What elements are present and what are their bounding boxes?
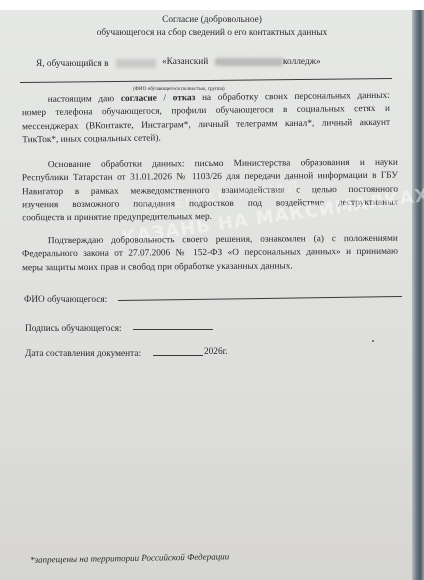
confirm-line3: меры защиты моих прав и свобод при обраб… xyxy=(22,259,398,275)
ink-dot xyxy=(372,340,374,342)
college-name-open: «Казанский xyxy=(162,56,208,68)
date-label: Дата составления документа: xyxy=(25,348,141,360)
signature-field-line[interactable] xyxy=(133,329,213,330)
paper-edge xyxy=(412,10,424,580)
signature-label: Подпись обучающегося: xyxy=(25,323,122,335)
confirm-line2: Федерального закона от 27.07.2006 № 152-… xyxy=(22,246,398,262)
document-title: Согласие (добровольное) xyxy=(0,14,424,26)
refusal-word: отказ xyxy=(173,93,196,103)
paragraph-consent: настоящим даю согласие / отказ на обрабо… xyxy=(22,90,391,148)
consent-lead: настоящим даю xyxy=(48,94,115,105)
redacted-college xyxy=(215,58,283,66)
consent-separator: / xyxy=(163,93,166,103)
consent-word: согласие xyxy=(121,94,157,104)
paragraph-confirmation: Подтверждаю добровольность своего решени… xyxy=(22,233,398,276)
intro-prefix: Я, обучающийся в xyxy=(36,58,109,70)
redacted-text xyxy=(116,59,156,68)
date-year: 2026г. xyxy=(204,346,228,358)
college-name-close: колледж» xyxy=(283,56,321,68)
date-field-line[interactable] xyxy=(153,355,203,356)
consent-line1-rest: на обработку своих персональных данных: xyxy=(202,91,390,103)
document-subtitle: обучающегося на сбор сведений о его конт… xyxy=(0,27,424,39)
fio-label: ФИО обучающегося: xyxy=(24,294,107,306)
